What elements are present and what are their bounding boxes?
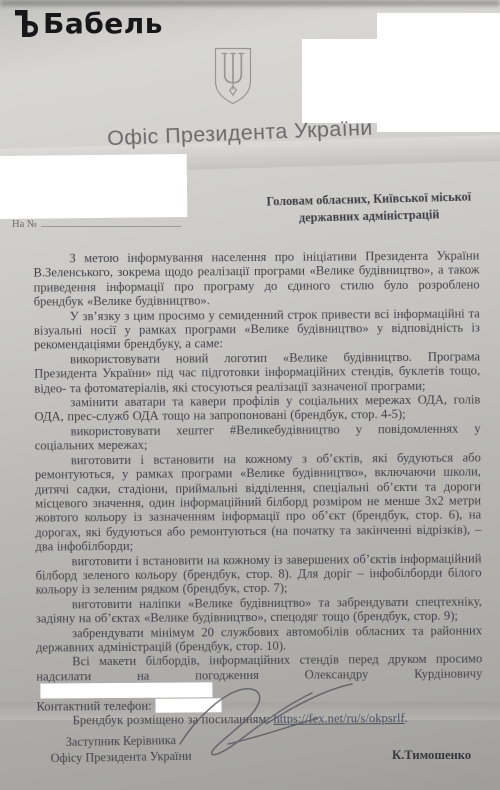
paragraph: У зв’язку з цим просимо у семиденний стр…	[34, 306, 480, 352]
paragraph: виготовити і встановити на кожному із за…	[35, 551, 481, 597]
reference-number-line: На №	[12, 217, 181, 230]
redaction-box	[0, 154, 187, 219]
paragraph-text: використовувати новий логотип «Велике бу…	[34, 349, 480, 395]
letter-body: З метою інформування населення про ініці…	[33, 248, 482, 728]
paragraph: використовувати новий логотип «Велике бу…	[34, 349, 480, 395]
babel-logo-text: Бабель	[43, 7, 163, 40]
link-suffix: .	[405, 711, 408, 725]
paragraph-text: виготовити і встановити на кожному з об’…	[35, 450, 481, 554]
paragraph: З метою інформування населення про ініці…	[33, 248, 479, 309]
phone-label: Контактний телефон:	[36, 698, 151, 713]
photo-edge-shadow	[0, 0, 500, 6]
ukraine-trident-emblem-icon	[211, 46, 255, 106]
addressee-block: Головам обласних, Київської міської держ…	[238, 188, 500, 227]
paragraph-text: замінити аватари та кавери профілів у со…	[34, 393, 480, 425]
paragraph: використовувати хештег #Великебудівництв…	[35, 421, 481, 453]
babel-yat-icon	[14, 7, 38, 40]
paragraph-text: виготовити і встановити на кожному із за…	[36, 551, 482, 597]
signer-position-line: Офісу Президента України	[38, 748, 204, 767]
signer-name: К.Тимошенко	[392, 748, 471, 763]
paragraph: забрендувати мінімум 20 службових автомо…	[36, 623, 482, 655]
paragraph-text: У зв’язку з цим просимо у семиденний стр…	[34, 306, 480, 352]
paragraph: виготовити наліпки «Велике будівництво» …	[36, 594, 482, 626]
reference-label: На №	[12, 219, 37, 230]
paragraph-text: забрендувати мінімум 20 службових автомо…	[36, 623, 482, 655]
paragraph: замінити аватари та кавери профілів у со…	[34, 393, 480, 425]
signer-position: Заступник Керівника Офісу Президента Укр…	[38, 732, 205, 767]
paragraph: виготовити і встановити на кожному з об’…	[35, 450, 482, 554]
paragraph-text: виготовити наліпки «Велике будівництво» …	[36, 594, 482, 626]
scanned-letter-photo: Бабель Офіс Президента України На № Голо…	[0, 0, 500, 790]
redaction-box	[302, 39, 379, 123]
babel-logo: Бабель	[14, 7, 163, 40]
paragraph-text: З метою інформування населення про ініці…	[33, 248, 479, 308]
paragraph-text: використовувати хештег #Великебудівництв…	[35, 421, 481, 453]
redaction-box	[377, 13, 500, 132]
reference-blank-line	[41, 217, 181, 227]
